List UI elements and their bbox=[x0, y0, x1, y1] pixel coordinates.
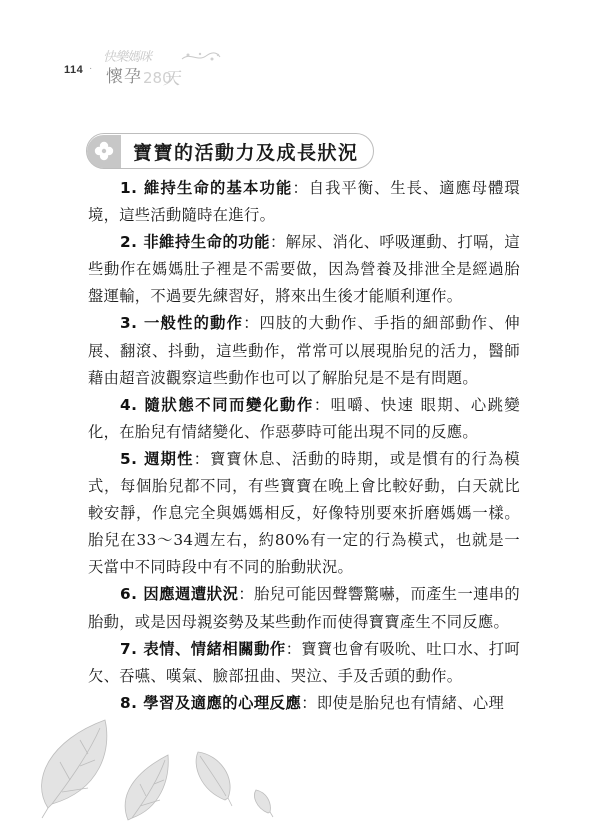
item-heading: 7. 表情、情緒相關動作 bbox=[120, 640, 286, 658]
item-heading: 3. 一般性的動作 bbox=[120, 314, 243, 332]
list-item-3: 3. 一般性的動作：四肢的大動作、手指的細部動作、伸展、翻滾、抖動，這些動作，常… bbox=[88, 310, 520, 391]
vine-ornament-icon bbox=[180, 50, 222, 64]
list-item-1: 1. 維持生命的基本功能：自我平衡、生長、適應母體環境，這些活動隨時在進行。 bbox=[88, 175, 520, 229]
item-body: ：寶寶休息、活動的時期，或是慣有的行為模式，每個胎兒都不同，有些寶寶在晚上會比較… bbox=[88, 450, 520, 576]
page-header: 114 · 快樂媽咪 懷孕 280 天 bbox=[0, 0, 590, 100]
item-heading: 5. 週期性 bbox=[120, 450, 194, 468]
list-item-4: 4. 隨狀態不同而變化動作：咀嚼、快速 眼期、心跳變化，在胎兒有情緒變化、作惡夢… bbox=[88, 392, 520, 446]
section-title-box: 寶寶的活動力及成長狀況 bbox=[86, 133, 374, 169]
section-title: 寶寶的活動力及成長狀況 bbox=[133, 138, 359, 165]
book-title-day: 天 bbox=[163, 64, 180, 89]
leaves-icon bbox=[0, 700, 330, 821]
item-heading: 1. 維持生命的基本功能 bbox=[120, 179, 293, 197]
item-body: ：即使是胎兒也有情緒、心理 bbox=[301, 694, 504, 712]
list-item-5: 5. 週期性：寶寶休息、活動的時期，或是慣有的行為模式，每個胎兒都不同，有些寶寶… bbox=[88, 446, 520, 581]
book-title-bottom: 懷孕 bbox=[106, 62, 142, 87]
item-heading: 4. 隨狀態不同而變化動作 bbox=[120, 396, 314, 414]
list-item-6: 6. 因應週遭狀況：胎兒可能因聲響驚嚇，而產生一連串的胎動，或是因母親姿勢及某些… bbox=[88, 581, 520, 635]
flower-icon bbox=[93, 140, 115, 162]
item-heading: 6. 因應週遭狀況 bbox=[120, 585, 238, 603]
title-icon-container bbox=[87, 135, 121, 168]
list-item-7: 7. 表情、情緒相關動作：寶寶也會有吸吮、吐口水、打呵欠、吞嚥、嘆氣、臉部扭曲、… bbox=[88, 636, 520, 690]
page-separator: · bbox=[89, 63, 92, 74]
article-body: 1. 維持生命的基本功能：自我平衡、生長、適應母體環境，這些活動隨時在進行。 2… bbox=[88, 175, 520, 717]
list-item-2: 2. 非維持生命的功能：解尿、消化、呼吸運動、打嗝，這些動作在媽媽肚子裡是不需要… bbox=[88, 229, 520, 310]
page-number: 114 bbox=[64, 64, 83, 76]
item-heading: 2. 非維持生命的功能 bbox=[120, 233, 270, 251]
